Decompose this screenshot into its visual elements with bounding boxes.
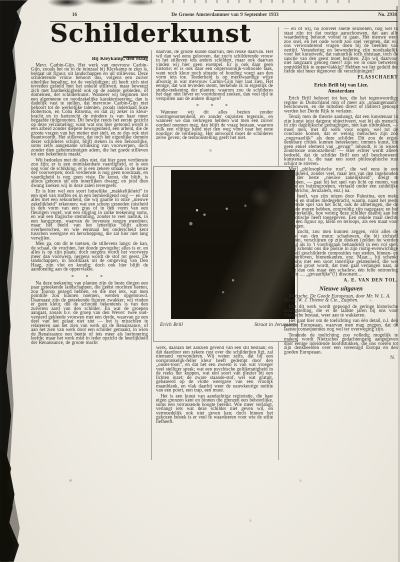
scan-speckles-top bbox=[150, 0, 350, 3]
issue-number: No. 2938 bbox=[350, 12, 397, 18]
article-heading-line1: Erich Brill bij van Lier, bbox=[284, 83, 398, 89]
caption-artist-block: Erich Brill bbox=[160, 322, 230, 340]
paper-specks bbox=[0, 0, 1, 1]
column2-paragraph: Het is een kunst van aandachtige registr… bbox=[156, 394, 273, 424]
asterisk-divider: * * * bbox=[31, 273, 148, 280]
street-photo bbox=[171, 170, 295, 319]
column-rule-1 bbox=[151, 50, 152, 460]
column1-heading: Bij Kleykamp, den Haag bbox=[31, 57, 148, 61]
masthead: De Groene Amsterdammer van 9 September 1… bbox=[110, 12, 340, 18]
column1-paragraph: Men ga, om dit te toetsen, de stillevens… bbox=[31, 242, 148, 272]
column2-paragraph: daarvan, de groote kunde daarvan, den re… bbox=[156, 50, 273, 101]
page-number: 16 bbox=[72, 12, 102, 18]
column1-paragraph: Wij bedoelen met dit alles niet, dat hie… bbox=[31, 158, 148, 188]
column3-paragraph: Erich Brill behoort tot hen, die het teg… bbox=[284, 97, 398, 114]
column3-paragraph: Met „philosophische rust”, die wel eens … bbox=[284, 168, 398, 194]
column-3: — en of wij, na zooveel snelle seizoenen… bbox=[284, 27, 398, 463]
signature-van-den-tol: A. E. VAN DEN TOL. bbox=[284, 278, 398, 282]
scan-smudge-top bbox=[46, 0, 162, 11]
column2-paragraph: werk, daaraan het aanzien gevend van een… bbox=[156, 346, 273, 393]
column3-paragraph: Met dit werk wordt gepoogd de geringe hi… bbox=[284, 305, 398, 318]
column3-paragraph: Hij heeft, van zijn reizen door Palestin… bbox=[284, 195, 398, 229]
column3-paragraph: — en of wij, na zooveel snelle seizoenen… bbox=[284, 27, 398, 74]
column1-paragraph: Na deze teekening van planten zijn de be… bbox=[31, 281, 148, 345]
asterisk-divider: * * * bbox=[156, 103, 273, 110]
column2-paragraph: Wanneer wij dit alles bezien zonder voor… bbox=[156, 111, 273, 141]
column-2-upper: daarvan, de groote kunde daarvan, den re… bbox=[156, 50, 273, 164]
newspaper-page: 16 De Groene Amsterdammer van 9 Septembe… bbox=[0, 0, 400, 562]
column1-paragraph: Er is hier wel een soort huiselijke „mak… bbox=[31, 190, 148, 241]
caption-artist: Erich Brill bbox=[160, 322, 230, 328]
article-heading-line2: Amsterdam bbox=[284, 89, 398, 95]
header-rule-top bbox=[214, 10, 398, 11]
issue-number-block: No. 2938 bbox=[350, 12, 397, 20]
column3-paragraph: Hij zocht, zou men kunnen zeggen, vóór a… bbox=[284, 230, 398, 277]
signature-plasschaert: PLASSCHAERT bbox=[284, 75, 398, 79]
section-title: Schilderkunst bbox=[50, 21, 222, 47]
book-entry: Nietzsche, De Goede Europeaan, door Mr. … bbox=[284, 294, 398, 303]
column3-paragraph: Teneinde de toelichting zoo volledig mog… bbox=[284, 333, 398, 354]
new-publications-heading: Nieuwe uitgaven bbox=[284, 287, 398, 291]
column1-paragraph: Mevr. Carbin-Gijn. Het werk van mevrouw … bbox=[31, 63, 148, 157]
figure-box: Erich Brill Straat in Jeruzalem bbox=[153, 166, 298, 342]
column3-paragraph: Het gaat hier om de toelichting van één … bbox=[284, 319, 398, 332]
column-2-lower: werk, daaraan het aanzien gevend van een… bbox=[156, 346, 273, 463]
column-1: Bij Kleykamp, den Haag Mevr. Carbin-Gijn… bbox=[31, 57, 148, 463]
column3-paragraph: Tenzij men de theorie aanhangt, dat een … bbox=[284, 115, 398, 166]
reviewer-initial: N. bbox=[284, 356, 398, 360]
